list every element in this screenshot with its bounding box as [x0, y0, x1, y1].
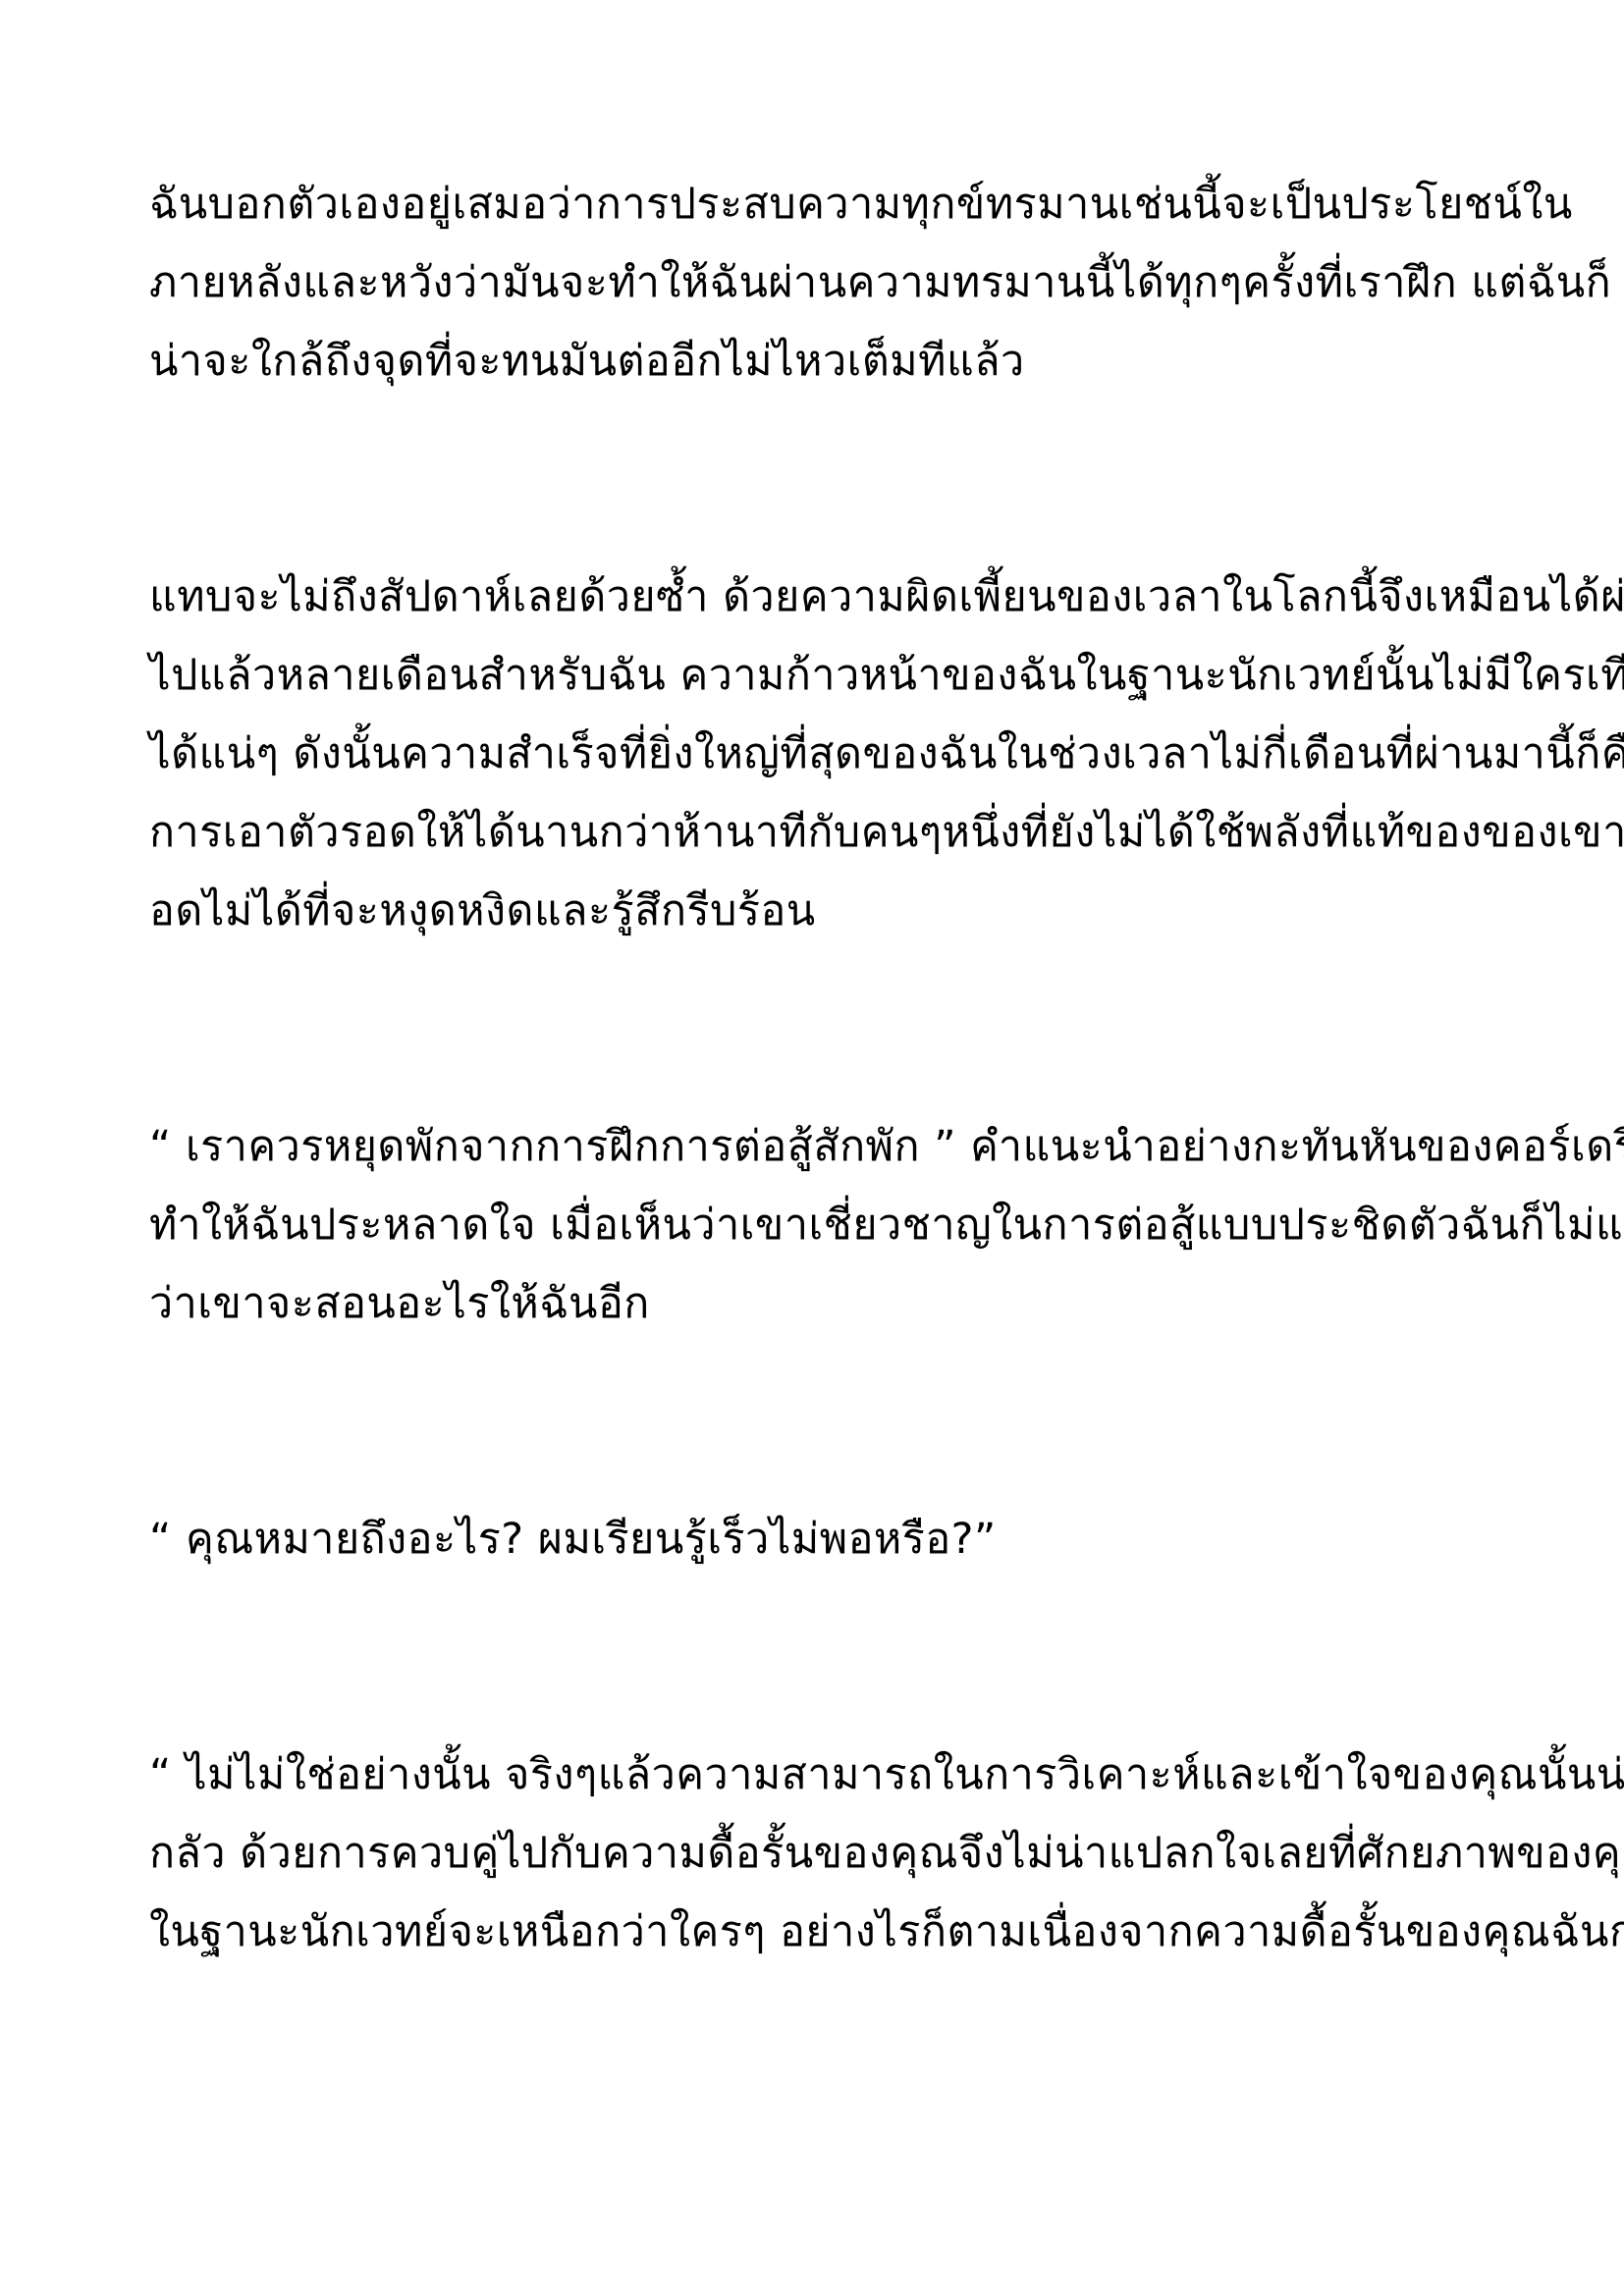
- text-line: ทำให้ฉันประหลาดใจ เมื่อเห็นว่าเขาเชี่ยวช…: [149, 1186, 1487, 1264]
- text-line: น่าจะใกล้ถึงจุดที่จะทนมันต่ออีกไม่ไหวเต็…: [149, 322, 1487, 400]
- paragraph: แทบจะไม่ถึงสัปดาห์เลยด้วยซ้ำ ด้วยความผิด…: [149, 558, 1487, 950]
- text-line: ฉันบอกตัวเองอยู่เสมอว่าการประสบความทุกข์…: [149, 165, 1487, 243]
- text-line: แทบจะไม่ถึงสัปดาห์เลยด้วยซ้ำ ด้วยความผิด…: [149, 558, 1487, 636]
- paragraph: ฉันบอกตัวเองอยู่เสมอว่าการประสบความทุกข์…: [149, 165, 1487, 400]
- text-line: ภายหลังและหวังว่ามันจะทำให้ฉันผ่านความทร…: [149, 243, 1487, 322]
- text-content: ฉันบอกตัวเองอยู่เสมอว่าการประสบความทุกข์…: [0, 0, 1624, 1971]
- document-page: ฉันบอกตัวเองอยู่เสมอว่าการประสบความทุกข์…: [0, 0, 1624, 2296]
- text-line: “ คุณหมายถึงอะไร? ผมเรียนรู้เร็วไม่พอหรื…: [149, 1500, 1487, 1578]
- text-line: อดไม่ได้ที่จะหงุดหงิดและรู้สึกรีบร้อน: [149, 872, 1487, 950]
- paragraph: “ เราควรหยุดพักจากการฝึกการต่อสู้สักพัก …: [149, 1107, 1487, 1343]
- text-line: ในฐานะนักเวทย์จะเหนือกว่าใครๆ อย่างไรก็ต…: [149, 1893, 1487, 1971]
- text-line: ได้แน่ๆ ดังนั้นความสำเร็จที่ยิ่งใหญ่ที่ส…: [149, 715, 1487, 793]
- text-line: กลัว ด้วยการควบคู่ไปกับความดื้อรั้นของคุ…: [149, 1814, 1487, 1893]
- paragraph: “ ไม่ไม่ใช่อย่างนั้น จริงๆแล้วความสามารถ…: [149, 1735, 1487, 1971]
- text-line: “ ไม่ไม่ใช่อย่างนั้น จริงๆแล้วความสามารถ…: [149, 1735, 1487, 1814]
- text-line: การเอาตัวรอดให้ได้นานกว่าห้านาทีกับคนๆหน…: [149, 793, 1487, 872]
- text-line: ว่าเขาจะสอนอะไรให้ฉันอีก: [149, 1264, 1487, 1343]
- text-line: “ เราควรหยุดพักจากการฝึกการต่อสู้สักพัก …: [149, 1107, 1487, 1186]
- paragraph: “ คุณหมายถึงอะไร? ผมเรียนรู้เร็วไม่พอหรื…: [149, 1500, 1487, 1578]
- text-line: ไปแล้วหลายเดือนสำหรับฉัน ความก้าวหน้าของ…: [149, 636, 1487, 715]
